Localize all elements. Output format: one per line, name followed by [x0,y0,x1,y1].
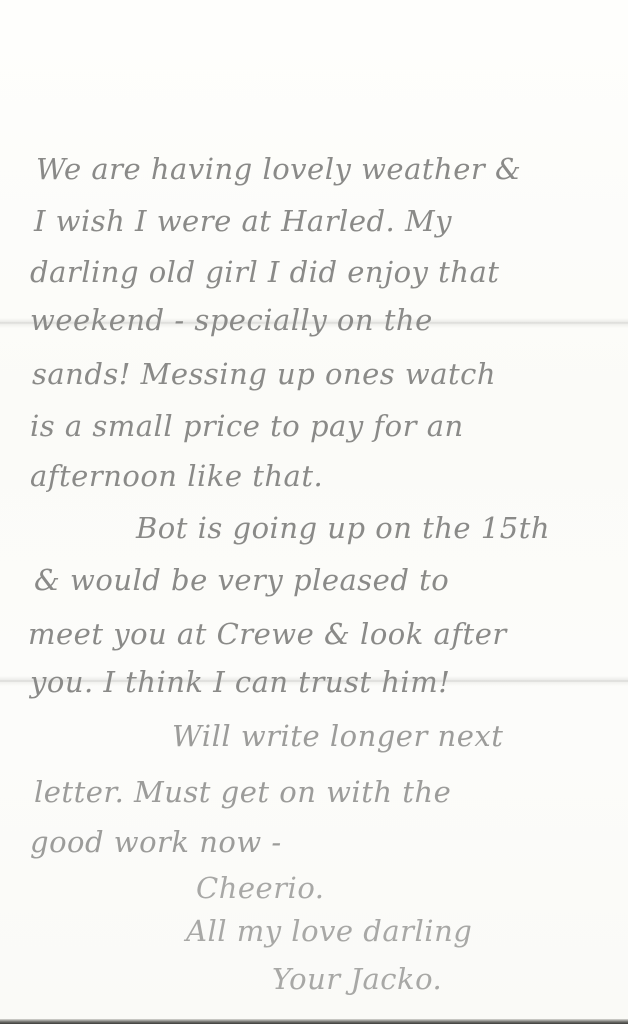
letter-line: sands! Messing up ones watch [32,360,496,389]
letter-line: & would be very pleased to [34,566,449,595]
letter-line: darling old girl I did enjoy that [30,258,499,287]
letter-line: Will write longer next [172,722,503,751]
letter-line: is a small price to pay for an [30,412,464,441]
letter-line: letter. Must get on with the [34,778,451,807]
letter-line: good work now - [30,828,282,857]
letter-line: I wish I were at Harled. My [34,207,452,236]
paper-bottom-edge [0,1019,628,1024]
closing-love-line: All my love darling [186,917,472,946]
letter-line: you. I think I can trust him! [30,668,450,697]
letter-line: meet you at Crewe & look after [28,620,507,649]
letter-line: weekend - specially on the [30,306,433,335]
signature: Your Jacko. [272,965,442,994]
letter-page: We are having lovely weather & I wish I … [0,0,628,1024]
letter-line: Bot is going up on the 15th [136,514,550,543]
letter-line: We are having lovely weather & [36,155,521,184]
closing-salutation: Cheerio. [196,874,325,903]
letter-line: afternoon like that. [30,462,323,491]
